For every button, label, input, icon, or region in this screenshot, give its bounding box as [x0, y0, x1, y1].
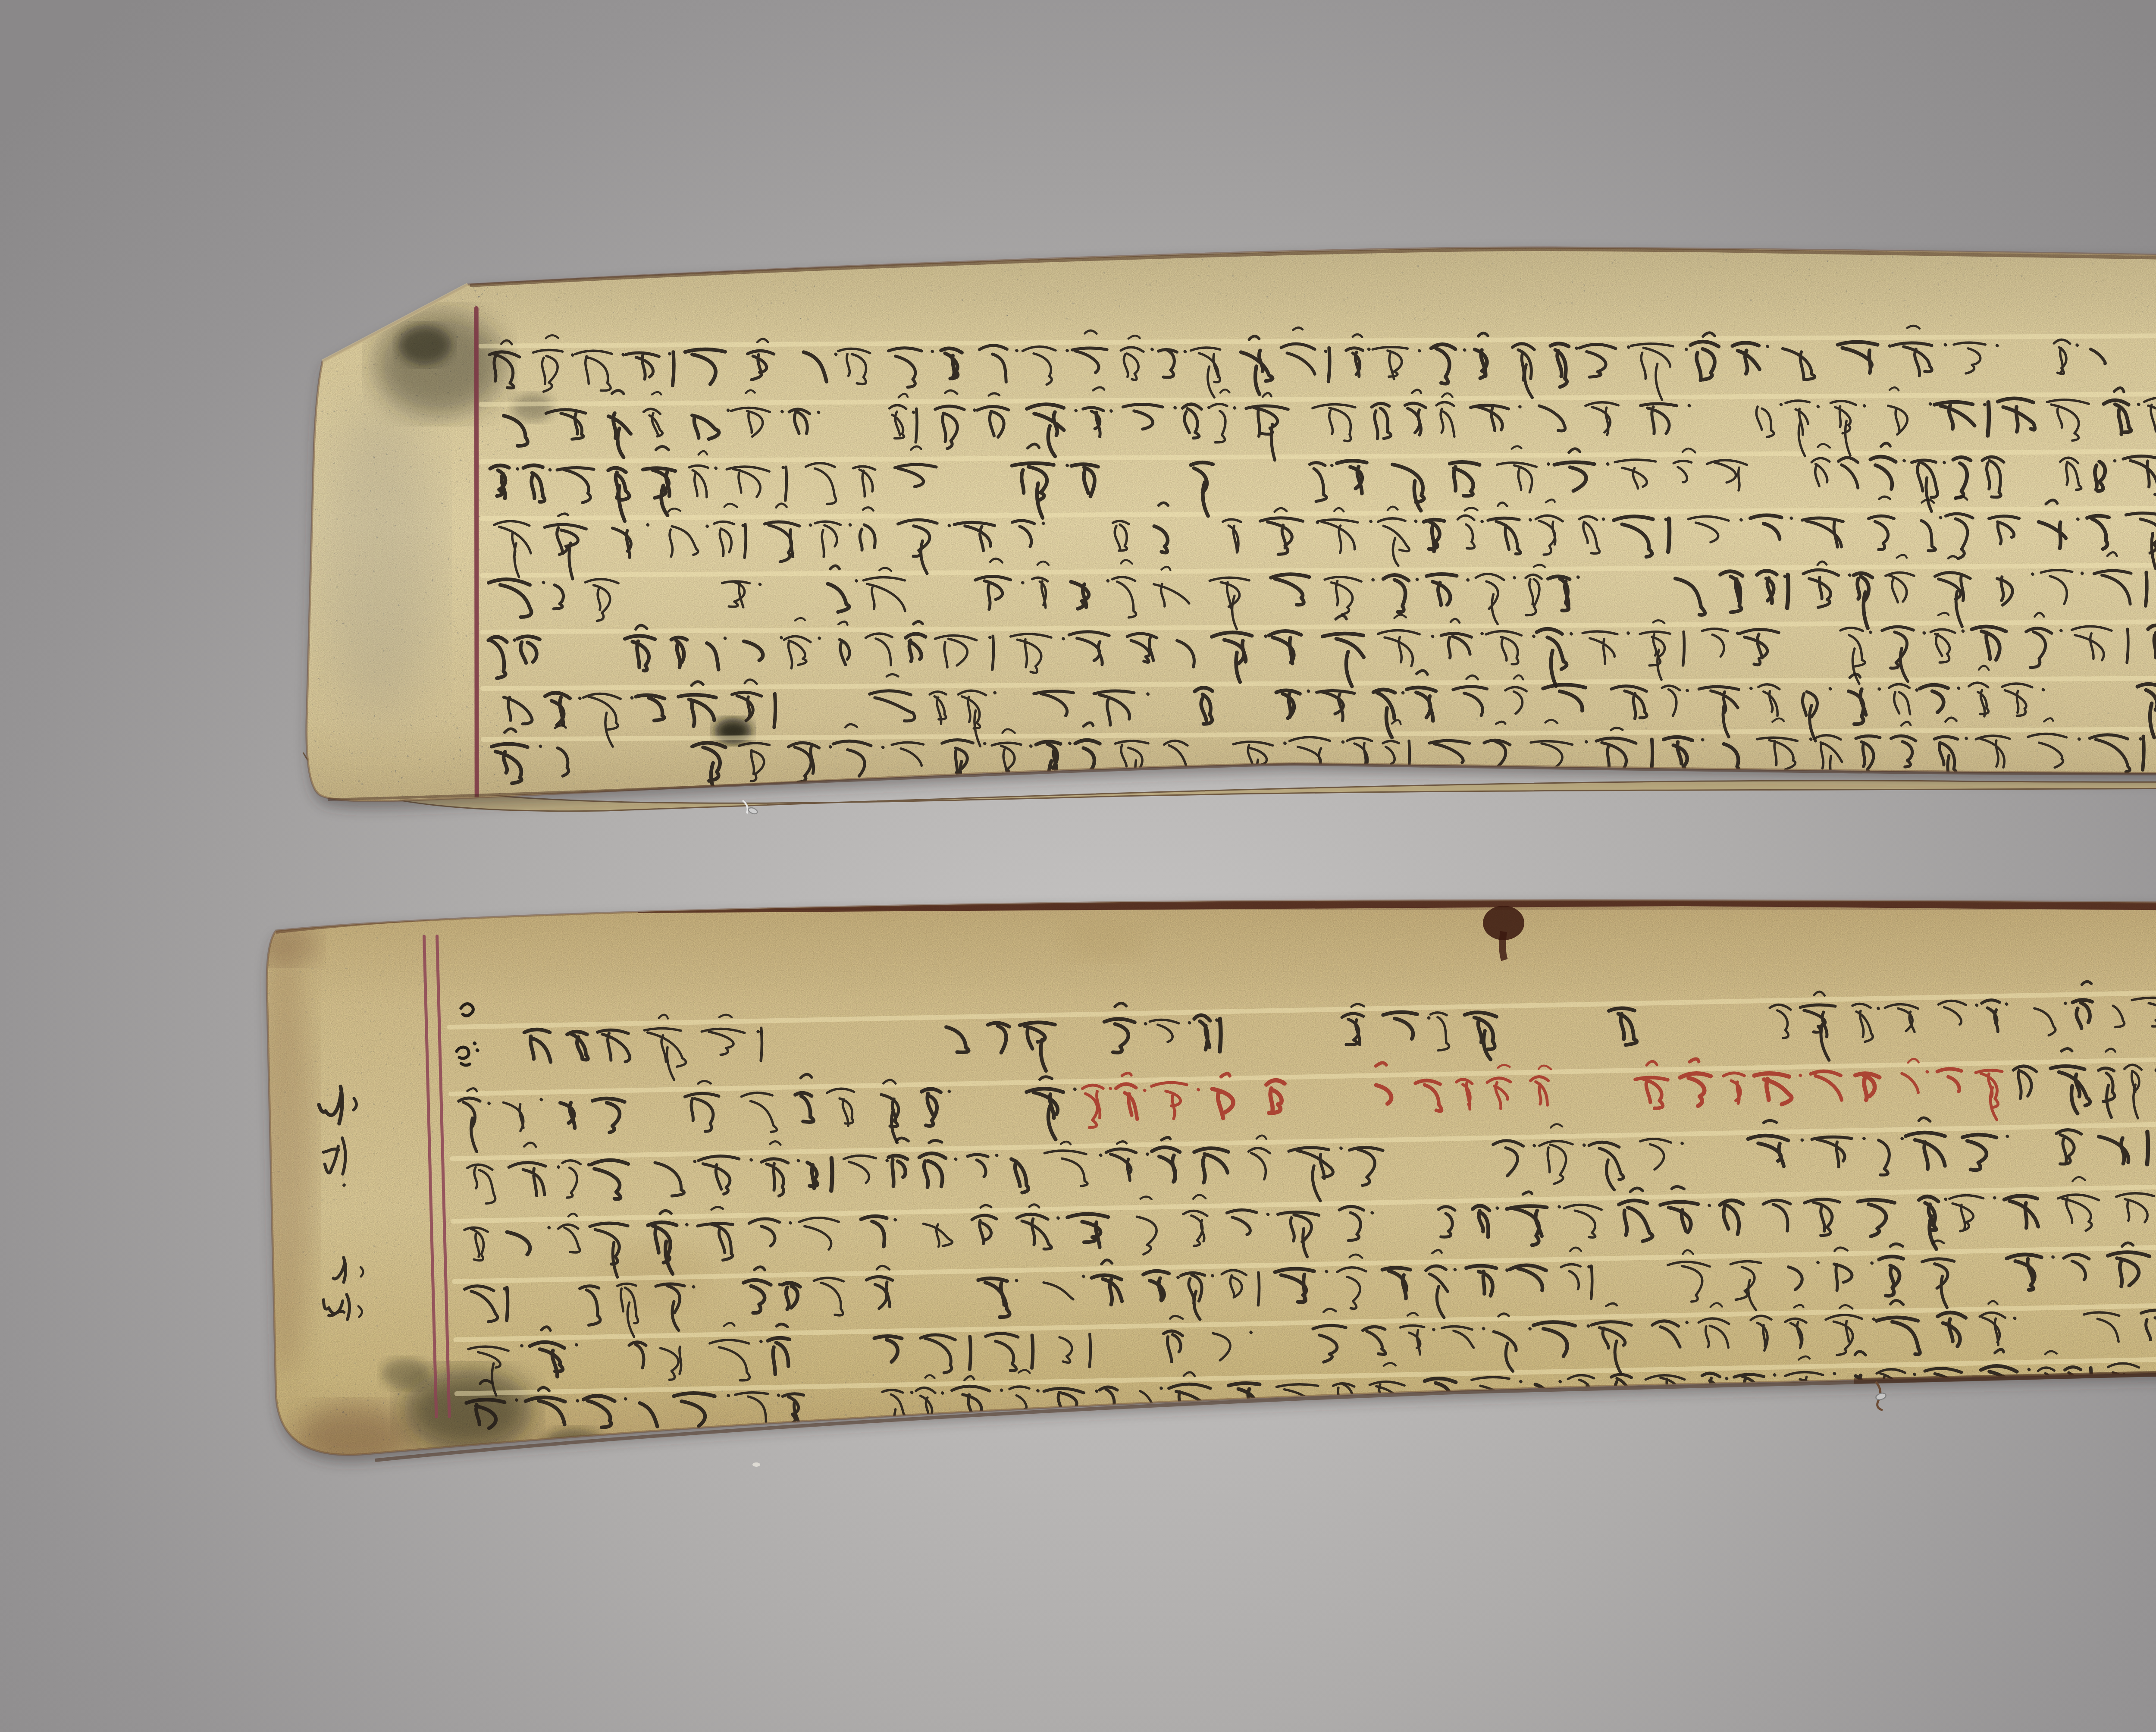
bottom-leaf — [250, 891, 2156, 1468]
ink-smudge-core — [398, 325, 451, 365]
handwritten-text-line — [1987, 402, 1989, 436]
handwritten-text-line — [1219, 1019, 1221, 1051]
ink-smudge — [512, 394, 553, 421]
paper-fleck — [752, 1462, 760, 1467]
ink-smudge — [382, 1359, 429, 1389]
handwritten-text-line — [2145, 572, 2147, 606]
margin-rule-left — [474, 308, 479, 802]
stain — [319, 397, 440, 725]
top-leaf — [302, 239, 2156, 811]
edge-ink-drip — [1502, 932, 1504, 960]
water-stain — [1063, 924, 1145, 960]
handwritten-text-line — [506, 1288, 508, 1321]
photograph — [0, 0, 2156, 1732]
manuscript-photo-canvas — [0, 0, 2156, 1732]
ink-smudge — [375, 313, 505, 416]
handwritten-text-line — [1787, 575, 1789, 608]
handwritten-text-line — [774, 694, 776, 727]
